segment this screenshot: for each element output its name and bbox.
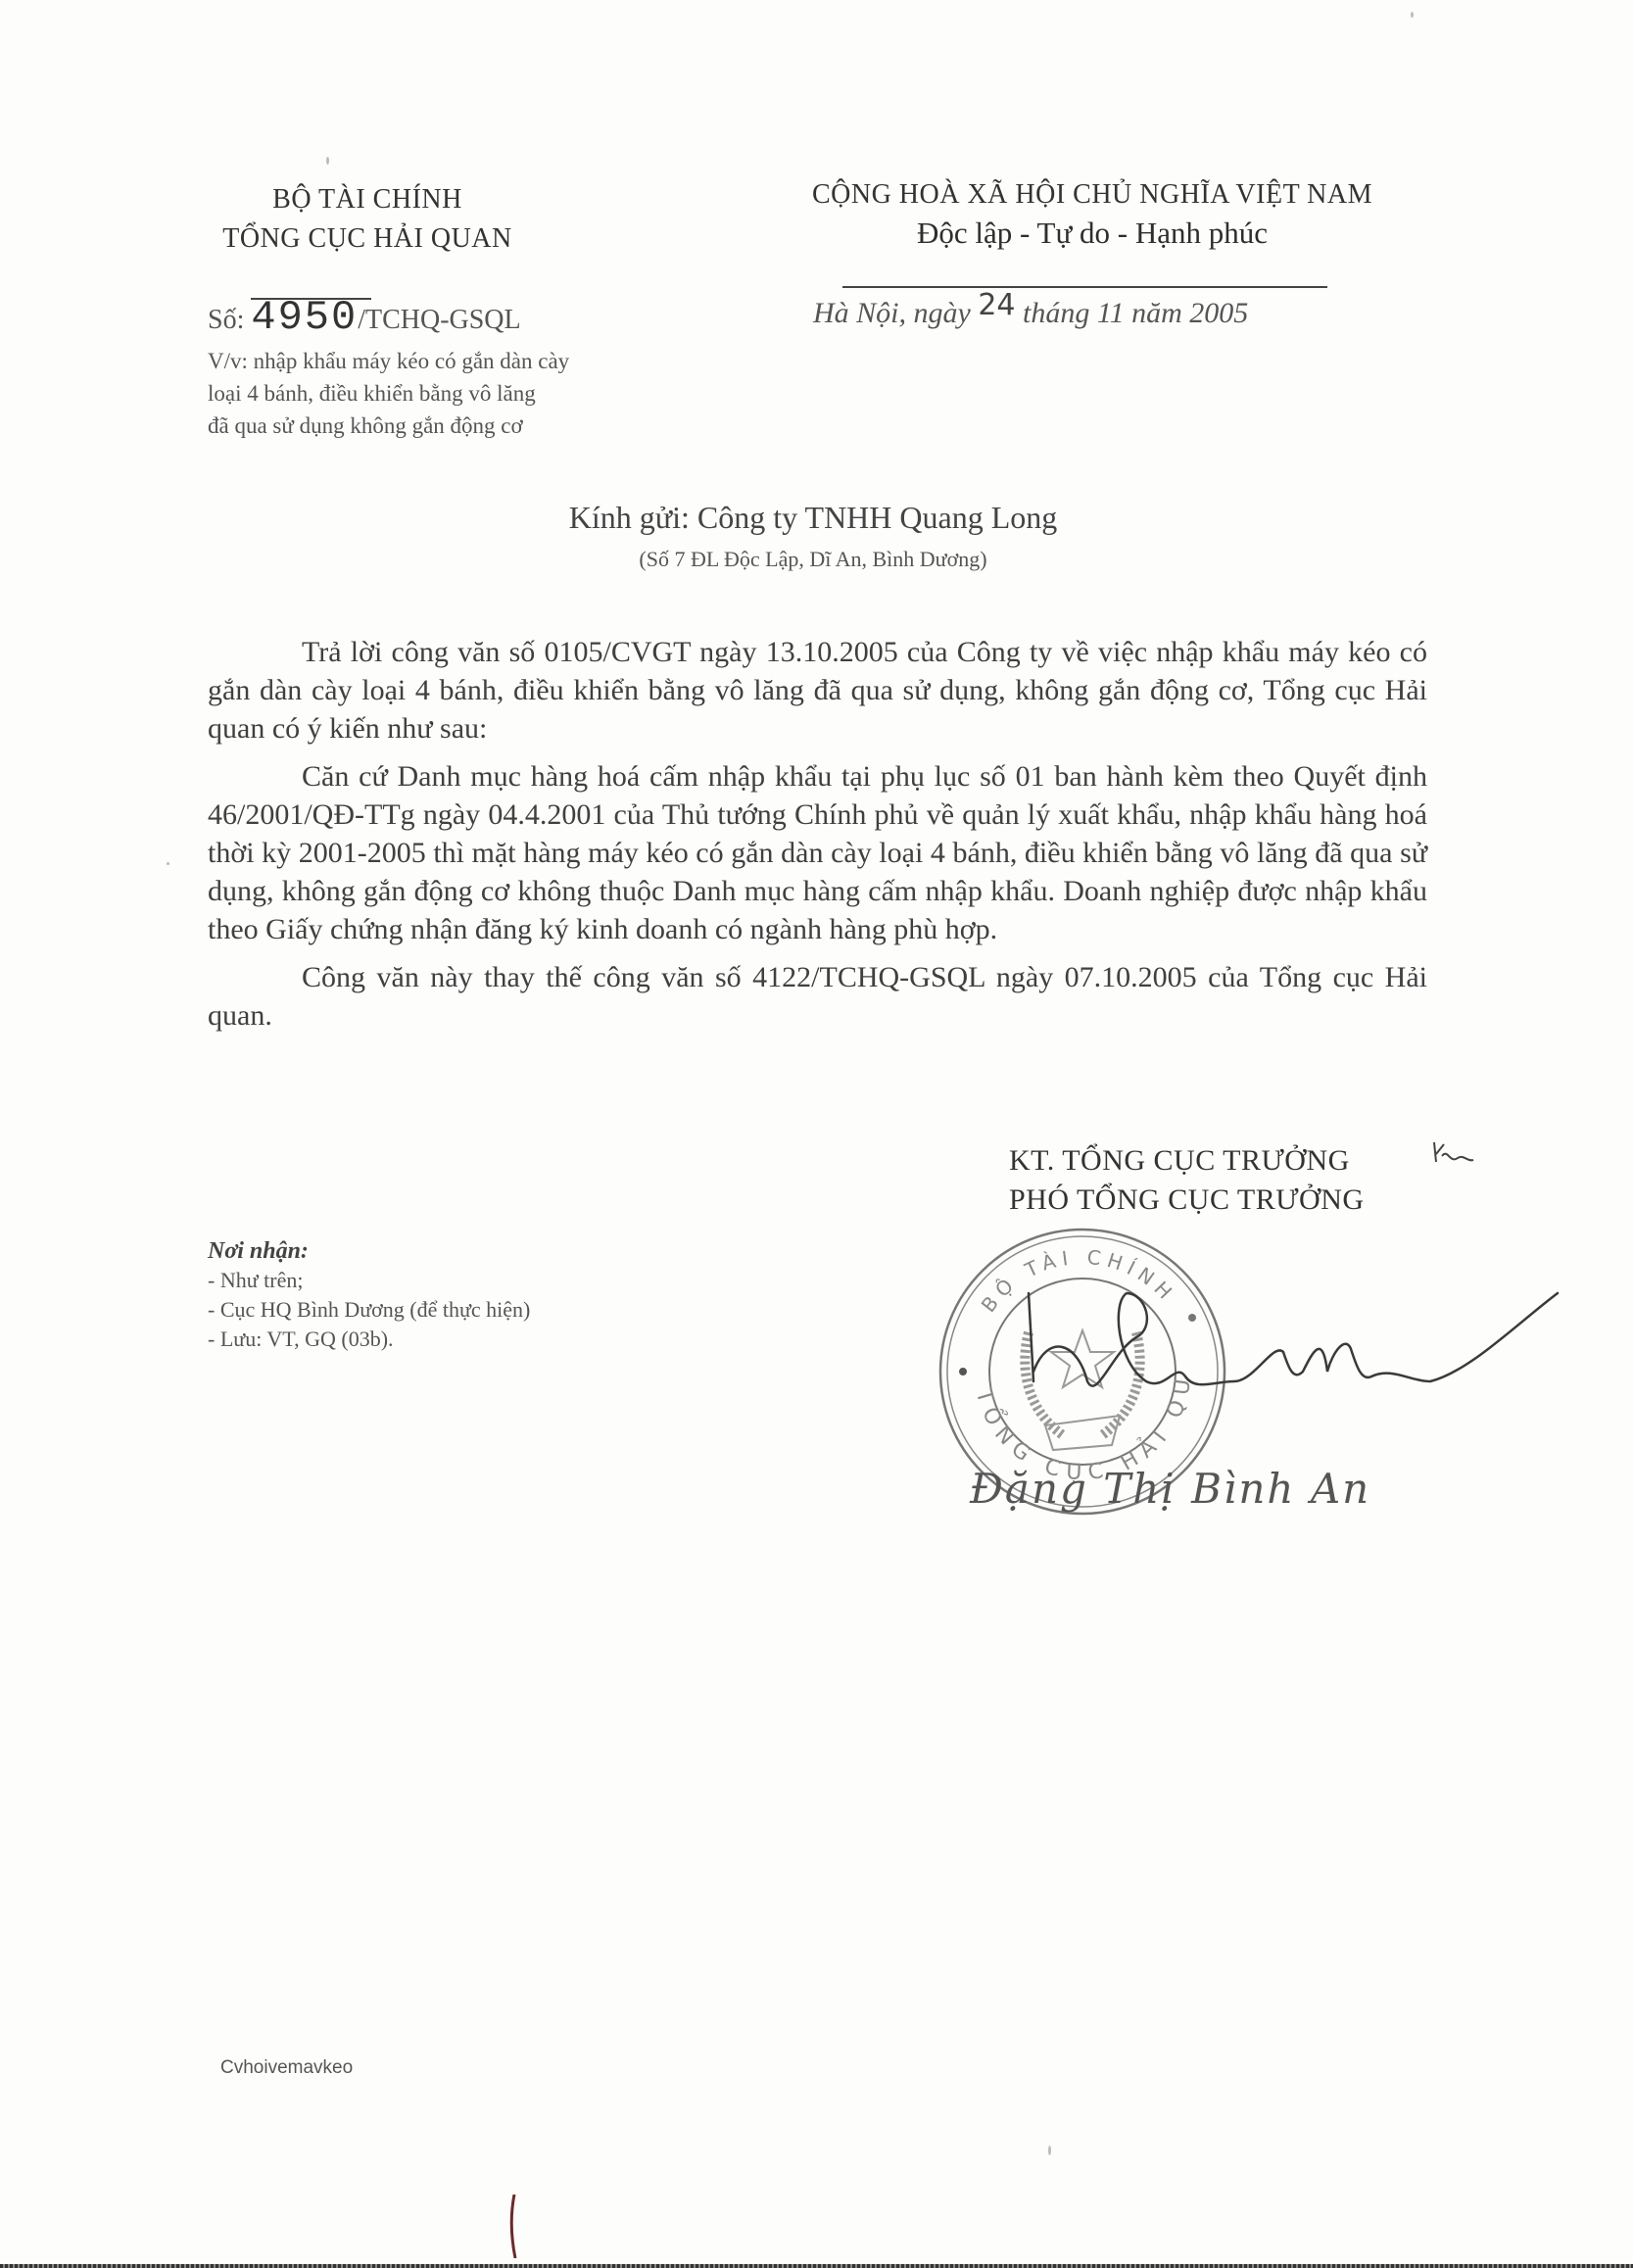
ministry-name: BỘ TÀI CHÍNH: [186, 184, 549, 216]
scan-speck: [167, 862, 169, 865]
scan-speck: [1048, 2146, 1051, 2155]
distribution-item: - Cục HQ Bình Dương (để thực hiện): [208, 1295, 530, 1325]
signature-title-line2: PHÓ TỔNG CỤC TRƯỞNG: [1009, 1183, 1365, 1217]
document-date: Hà Nội, ngày 24 tháng 11 năm 2005: [813, 296, 1248, 330]
national-motto: Độc lập - Tự do - Hạnh phúc: [754, 216, 1430, 251]
signature-title-line1: KT. TỔNG CỤC TRƯỞNG: [1009, 1144, 1350, 1178]
document-number: Số: 4950/TCHQ-GSQL: [208, 294, 521, 341]
document-number-prefix: Số:: [208, 305, 244, 335]
body-paragraph: Công văn này thay thế công văn số 4122/T…: [208, 958, 1427, 1035]
date-day-handwritten: 24: [978, 288, 1015, 322]
body-paragraph: Căn cứ Danh mục hàng hoá cấm nhập khẩu t…: [208, 757, 1427, 948]
distribution-label: Nơi nhận:: [208, 1236, 530, 1266]
body-paragraph: Trả lời công văn số 0105/CVGT ngày 13.10…: [208, 633, 1427, 748]
motto-underline: [842, 286, 1327, 288]
document-number-suffix: /TCHQ-GSQL: [358, 305, 520, 335]
country-name: CỘNG HOÀ XÃ HỘI CHỦ NGHĨA VIỆT NAM: [754, 179, 1430, 211]
signer-name: Đặng Thị Bình An: [970, 1465, 1370, 1513]
pen-mark-icon: [509, 2195, 517, 2258]
subject-line: loại 4 bánh, điều khiển bằng vô lăng: [208, 377, 717, 410]
document-number-value: 4950: [251, 294, 358, 341]
distribution-item: - Như trên;: [208, 1266, 530, 1295]
date-suffix: tháng 11 năm 2005: [1023, 297, 1248, 329]
subject-line: đã qua sử dụng không gắn động cơ: [208, 410, 717, 442]
initials-icon: [1428, 1136, 1477, 1176]
handwritten-initials: [1428, 1136, 1477, 1183]
agency-name: TỔNG CỤC HẢI QUAN: [186, 223, 549, 255]
recipient-line: Kính gửi: Công ty TNHH Quang Long: [392, 500, 1234, 536]
scan-speck: [1411, 12, 1414, 18]
handwritten-signature-icon: [1019, 1234, 1567, 1430]
recipient-address: (Số 7 ĐL Độc Lập, Dĩ An, Bình Dương): [392, 547, 1234, 572]
document-subject: V/v: nhập khẩu máy kéo có gắn dàn cày lo…: [208, 345, 717, 442]
scan-speck: [326, 157, 329, 165]
date-prefix: Hà Nội, ngày: [813, 297, 971, 329]
letter-body: Trả lời công văn số 0105/CVGT ngày 13.10…: [208, 633, 1427, 1044]
file-code: Cvhoivemavkeo: [220, 2057, 353, 2079]
scan-edge-line: [0, 2264, 1633, 2268]
distribution-item: - Lưu: VT, GQ (03b).: [208, 1325, 530, 1354]
subject-line: V/v: nhập khẩu máy kéo có gắn dàn cày: [208, 345, 717, 377]
distribution-list: Nơi nhận: - Như trên; - Cục HQ Bình Dươn…: [208, 1236, 530, 1354]
